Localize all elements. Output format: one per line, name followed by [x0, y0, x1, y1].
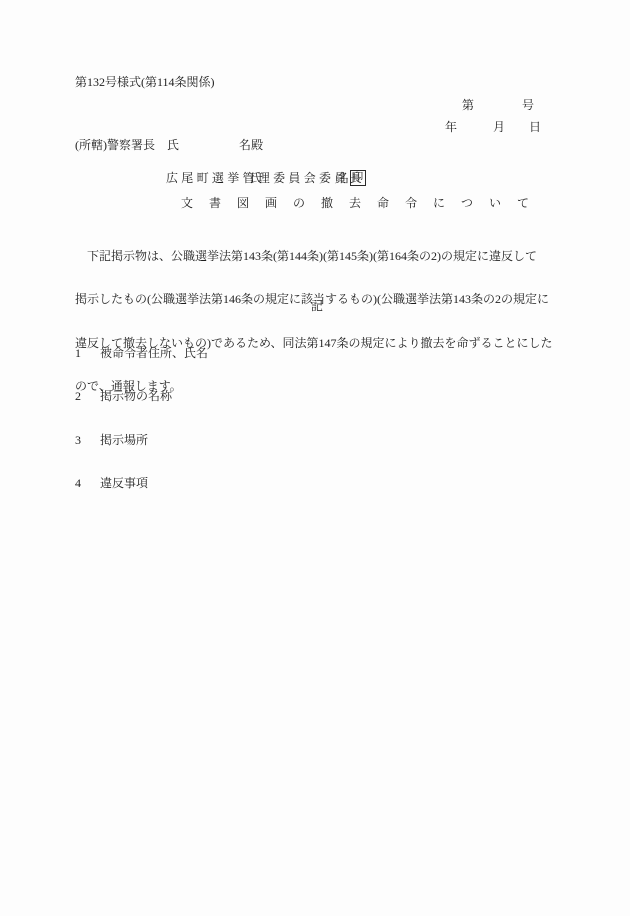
list-item: 3 掲示場所 [75, 431, 208, 450]
list-item-text: 被命令者住所、氏名 [100, 344, 208, 363]
committee-chair-title: 広尾町選挙管理委員会委員長 [166, 172, 365, 184]
list-item-text: 違反事項 [100, 474, 148, 493]
sender-name-shi: 氏 [250, 172, 262, 184]
list-item: 4 違反事項 [75, 474, 208, 493]
form-number: 第132号様式(第114条関係) [75, 76, 215, 88]
subject-title: 文 書 図 画 の 撤 去 命 令 に つ い て [181, 197, 536, 209]
item-list: 1 被命令者住所、氏名 2 掲示物の名称 3 掲示場所 4 違反事項 [75, 320, 208, 505]
seal-stamp-box: 印 [350, 170, 366, 186]
list-item-number: 2 [75, 387, 100, 406]
list-item-text: 掲示場所 [100, 431, 148, 450]
sender-name-mei: 名 [337, 172, 349, 184]
list-item-number: 3 [75, 431, 100, 450]
addressee-line: (所轄)警察署長 氏 名殿 [75, 139, 263, 151]
list-item: 2 掲示物の名称 [75, 387, 208, 406]
list-item-number: 4 [75, 474, 100, 493]
list-item-text: 掲示物の名称 [100, 387, 172, 406]
sender-line: 広尾町選挙管理委員会委員長 氏 名 印 [0, 172, 630, 192]
body-line: 下記掲示物は、公職選挙法第143条(第144条)(第145条)(第164条の2)… [75, 247, 561, 266]
document-number-line: 第 号 [462, 99, 534, 111]
list-item: 1 被命令者住所、氏名 [75, 344, 208, 363]
list-item-number: 1 [75, 344, 100, 363]
date-line: 年 月 日 [445, 121, 541, 133]
document-page: { "page": { "form_number": "第132号様式(第114… [0, 0, 630, 916]
ki-heading: 記 [75, 300, 559, 312]
